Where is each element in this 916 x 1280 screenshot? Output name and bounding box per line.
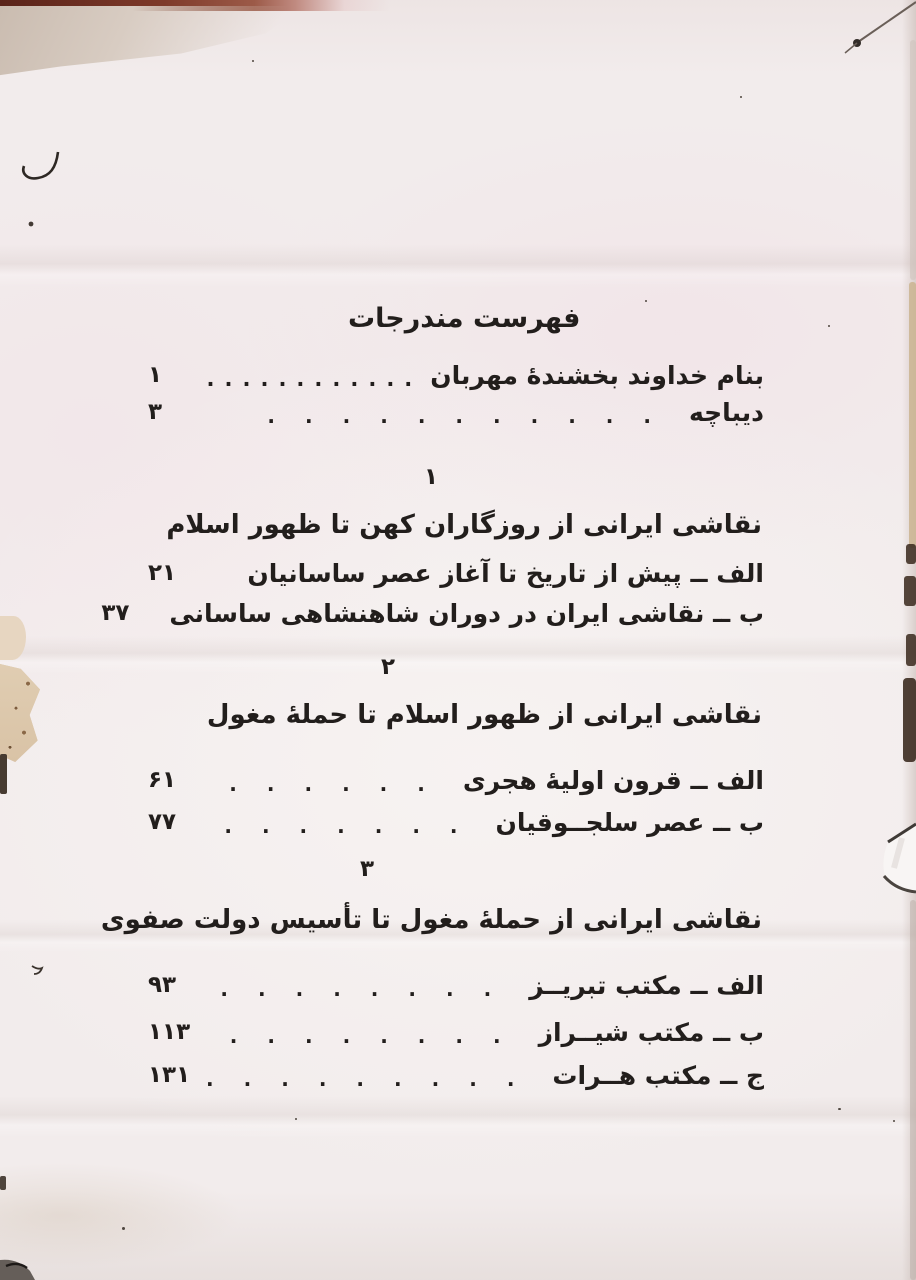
page-number: ۱۳۱ xyxy=(142,1062,200,1088)
torn-edge-mark xyxy=(909,282,916,548)
paper-flap-fold xyxy=(894,838,902,868)
toc-entry-label: الف ــ مکتب تبریــز xyxy=(529,971,764,1000)
dust-speck xyxy=(740,96,742,98)
toc-entry-label: ب ــ عصر سلجــوقیان xyxy=(496,808,764,837)
torn-paper-patch xyxy=(0,616,26,660)
section-heading: نقاشی ایرانی از روزگاران کهن تا ظهور اسل… xyxy=(166,510,762,540)
torn-edge-mark xyxy=(0,754,7,794)
toc-row: ج ــ مکتب هــرات .......... ۱۳۱ xyxy=(142,1055,764,1095)
toc-row: الف ــ قرون اولیهٔ هجری ......... ۶۱ xyxy=(142,760,764,800)
toc-row: الف ــ مکتب تبریــز .......... ۹۳ xyxy=(142,965,764,1005)
dotted-leader: .......... xyxy=(208,1067,544,1091)
paper-smudge xyxy=(0,1138,340,1278)
toc-row: ب ــ عصر سلجــوقیان .......... ۷۷ xyxy=(142,802,764,842)
section-number: ۲ xyxy=(381,654,395,680)
page-number: ۳۷ xyxy=(95,600,153,626)
page-number: ۳ xyxy=(142,399,200,425)
ink-squiggle xyxy=(23,152,58,178)
toc-entry-label: ج ــ مکتب هــرات xyxy=(552,1061,764,1090)
torn-edge-mark xyxy=(0,1176,6,1190)
page-number: ۷۷ xyxy=(142,809,200,835)
toc-entry-label: ب ــ مکتب شیــراز xyxy=(539,1018,764,1047)
section-heading: نقاشی ایرانی از حملهٔ مغول تا تأسیس دولت… xyxy=(101,905,762,935)
dust-speck xyxy=(838,1108,841,1110)
toc-entry-label: بنام خداوند بخشندهٔ مهربان xyxy=(430,361,764,390)
paper-flap-edge xyxy=(888,824,916,842)
page-number: ۲۱ xyxy=(142,560,200,586)
corner-tear xyxy=(0,1260,35,1280)
paper-flap-edge xyxy=(884,876,916,892)
toc-row: الف ــ پیش از تاریخ تا آغاز عصر ساسانیان… xyxy=(142,553,764,593)
torn-edge-mark xyxy=(910,900,916,1280)
dotted-leader: .......... xyxy=(208,977,521,1001)
toc-row: ب ــ نقاشی ایران در دوران شاهنشاهی ساسان… xyxy=(142,593,764,633)
dust-speck xyxy=(828,325,830,327)
dotted-leader: ........... xyxy=(208,404,681,428)
dust-speck xyxy=(122,1227,125,1230)
torn-edge-mark xyxy=(904,576,916,606)
dotted-leader: .......... xyxy=(208,814,488,838)
paper-crease xyxy=(0,636,916,674)
dotted-leader: .... xyxy=(208,565,239,589)
ink-blot xyxy=(853,39,861,47)
toc-row: ب ــ مکتب شیــراز ......... ۱۱۳ xyxy=(142,1012,764,1052)
dotted-leader: .............. xyxy=(208,367,422,391)
toc-entry-label: الف ــ پیش از تاریخ تا آغاز عصر ساسانیان xyxy=(247,559,764,588)
section-number: ۱ xyxy=(424,464,438,490)
scratch-mark xyxy=(858,2,916,42)
toc-entry-label: الف ــ قرون اولیهٔ هجری xyxy=(463,766,764,795)
ink-squiggle xyxy=(32,966,42,974)
torn-paper-patch xyxy=(0,664,40,762)
page-number: ۹۳ xyxy=(142,972,200,998)
scanned-book-page: فهرست مندرجات بنام خداوند بخشندهٔ مهربان… xyxy=(0,0,916,1280)
torn-edge-mark xyxy=(906,634,916,666)
paper-flap xyxy=(883,824,916,894)
paper-crease xyxy=(0,1096,916,1138)
torn-edge-mark xyxy=(910,40,916,280)
cover-shadow-wedge xyxy=(0,6,302,78)
toc-entry-label: دیباچه xyxy=(689,398,764,427)
dotted-leader: ......... xyxy=(208,1024,531,1048)
toc-row: بنام خداوند بخشندهٔ مهربان .............… xyxy=(142,355,764,395)
section-number: ۳ xyxy=(360,856,374,882)
toc-row: دیباچه ........... ۳ xyxy=(142,392,764,432)
page-number: ۶۱ xyxy=(142,767,200,793)
dust-speck xyxy=(645,300,647,302)
section-heading: نقاشی ایرانی از ظهور اسلام تا حملهٔ مغول xyxy=(207,700,762,730)
dust-speck xyxy=(893,1120,895,1122)
corner-tear xyxy=(6,1264,27,1268)
dust-speck xyxy=(295,1118,297,1120)
toc-title: فهرست مندرجات xyxy=(348,303,558,334)
scratch-mark xyxy=(845,43,857,53)
toc-entry-label: ب ــ نقاشی ایران در دوران شاهنشاهی ساسان… xyxy=(169,599,764,628)
paper-crease xyxy=(0,244,916,288)
torn-edge-mark xyxy=(906,544,916,564)
dotted-leader: ......... xyxy=(208,772,455,796)
page-edge-shadow xyxy=(902,0,916,1280)
page-number: ۱ xyxy=(142,362,200,388)
torn-edge-mark xyxy=(903,678,916,762)
dust-speck xyxy=(252,60,254,62)
page-number: ۱۱۳ xyxy=(142,1019,200,1045)
ink-dot xyxy=(29,222,34,227)
